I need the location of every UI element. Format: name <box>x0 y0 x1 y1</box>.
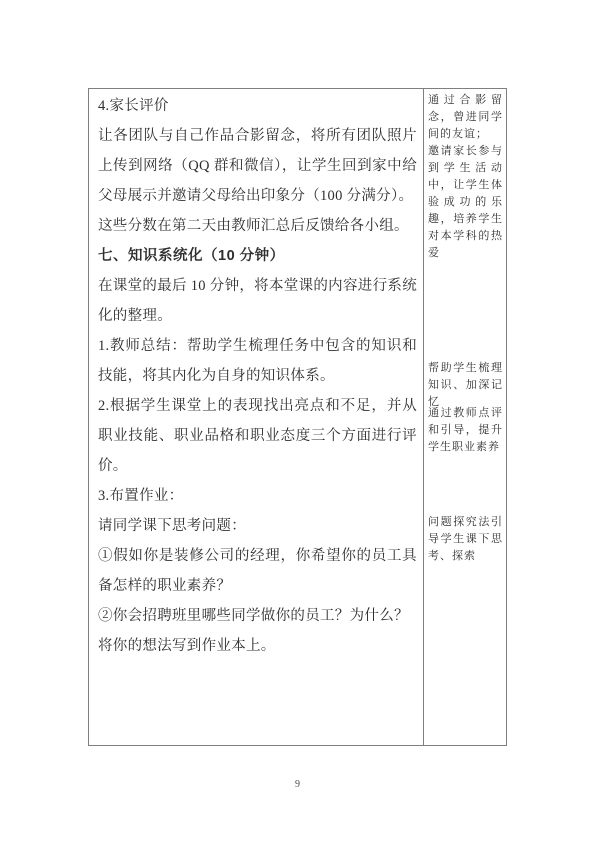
paragraph-summary-intro: 在课堂的最后 10 分钟，将本堂课的内容进行系统化的整理。 <box>98 271 417 331</box>
annotation-paragraph: 问题探究法引导学生课下思考、探索 <box>428 514 503 565</box>
annotation-paragraph: 帮助学生梳理知识、加深记忆 <box>428 360 503 411</box>
annotation-paragraph: 通过合影留念，曾进同学间的友谊； <box>428 92 503 143</box>
page-number: 9 <box>0 779 595 790</box>
annotation-note-guidance: 通过教师点评和引导，提升学生职业素养 <box>428 405 503 456</box>
paragraph-photo-upload: 让各团队与自己作品合影留念，将所有团队照片上传到网络（QQ 群和微信），让学生回… <box>98 121 417 211</box>
paragraph-parent-evaluation-heading: 4.家长评价 <box>98 91 417 121</box>
annotation-note-inquiry: 问题探究法引导学生课下思考、探索 <box>428 514 503 565</box>
paragraph-homework-question-1: ①假如你是装修公司的经理，你希望你的员工具备怎样的职业素养？ <box>98 541 417 601</box>
paragraph-homework-heading: 3.布置作业： <box>98 481 417 511</box>
paragraph-homework-instruction: 将你的想法写到作业本上。 <box>98 631 417 661</box>
paragraph-teacher-summary: 1.教师总结：帮助学生梳理任务中包含的知识和技能，将其内化为自身的知识体系。 <box>98 331 417 391</box>
section-heading-knowledge-systematization: 七、知识系统化（10 分钟） <box>98 241 417 271</box>
paragraph-score-feedback: 这些分数在第二天由教师汇总后反馈给各小组。 <box>98 211 417 241</box>
document-page: 4.家长评价 让各团队与自己作品合影留念，将所有团队照片上传到网络（QQ 群和微… <box>0 0 595 842</box>
content-column: 4.家长评价 让各团队与自己作品合影留念，将所有团队照片上传到网络（QQ 群和微… <box>89 89 424 745</box>
annotation-column: 通过合影留念，曾进同学间的友谊； 邀请家长参与到学生活动中，让学生体验成功的乐趣… <box>424 89 506 745</box>
annotation-paragraph: 邀请家长参与到学生活动中，让学生体验成功的乐趣，培养学生对本学科的热爱 <box>428 143 503 262</box>
annotation-note-memory: 帮助学生梳理知识、加深记忆 <box>428 360 503 411</box>
annotation-note-photo: 通过合影留念，曾进同学间的友谊； 邀请家长参与到学生活动中，让学生体验成功的乐趣… <box>428 92 503 262</box>
paragraph-homework-intro: 请同学课下思考问题： <box>98 511 417 541</box>
annotation-paragraph: 通过教师点评和引导，提升学生职业素养 <box>428 405 503 456</box>
paragraph-homework-question-2: ②你会招聘班里哪些同学做你的员工？为什么？ <box>98 601 417 631</box>
paragraph-performance-evaluation: 2.根据学生课堂上的表现找出亮点和不足，并从职业技能、职业品格和职业态度三个方面… <box>98 391 417 481</box>
lesson-plan-table: 4.家长评价 让各团队与自己作品合影留念，将所有团队照片上传到网络（QQ 群和微… <box>88 88 507 746</box>
